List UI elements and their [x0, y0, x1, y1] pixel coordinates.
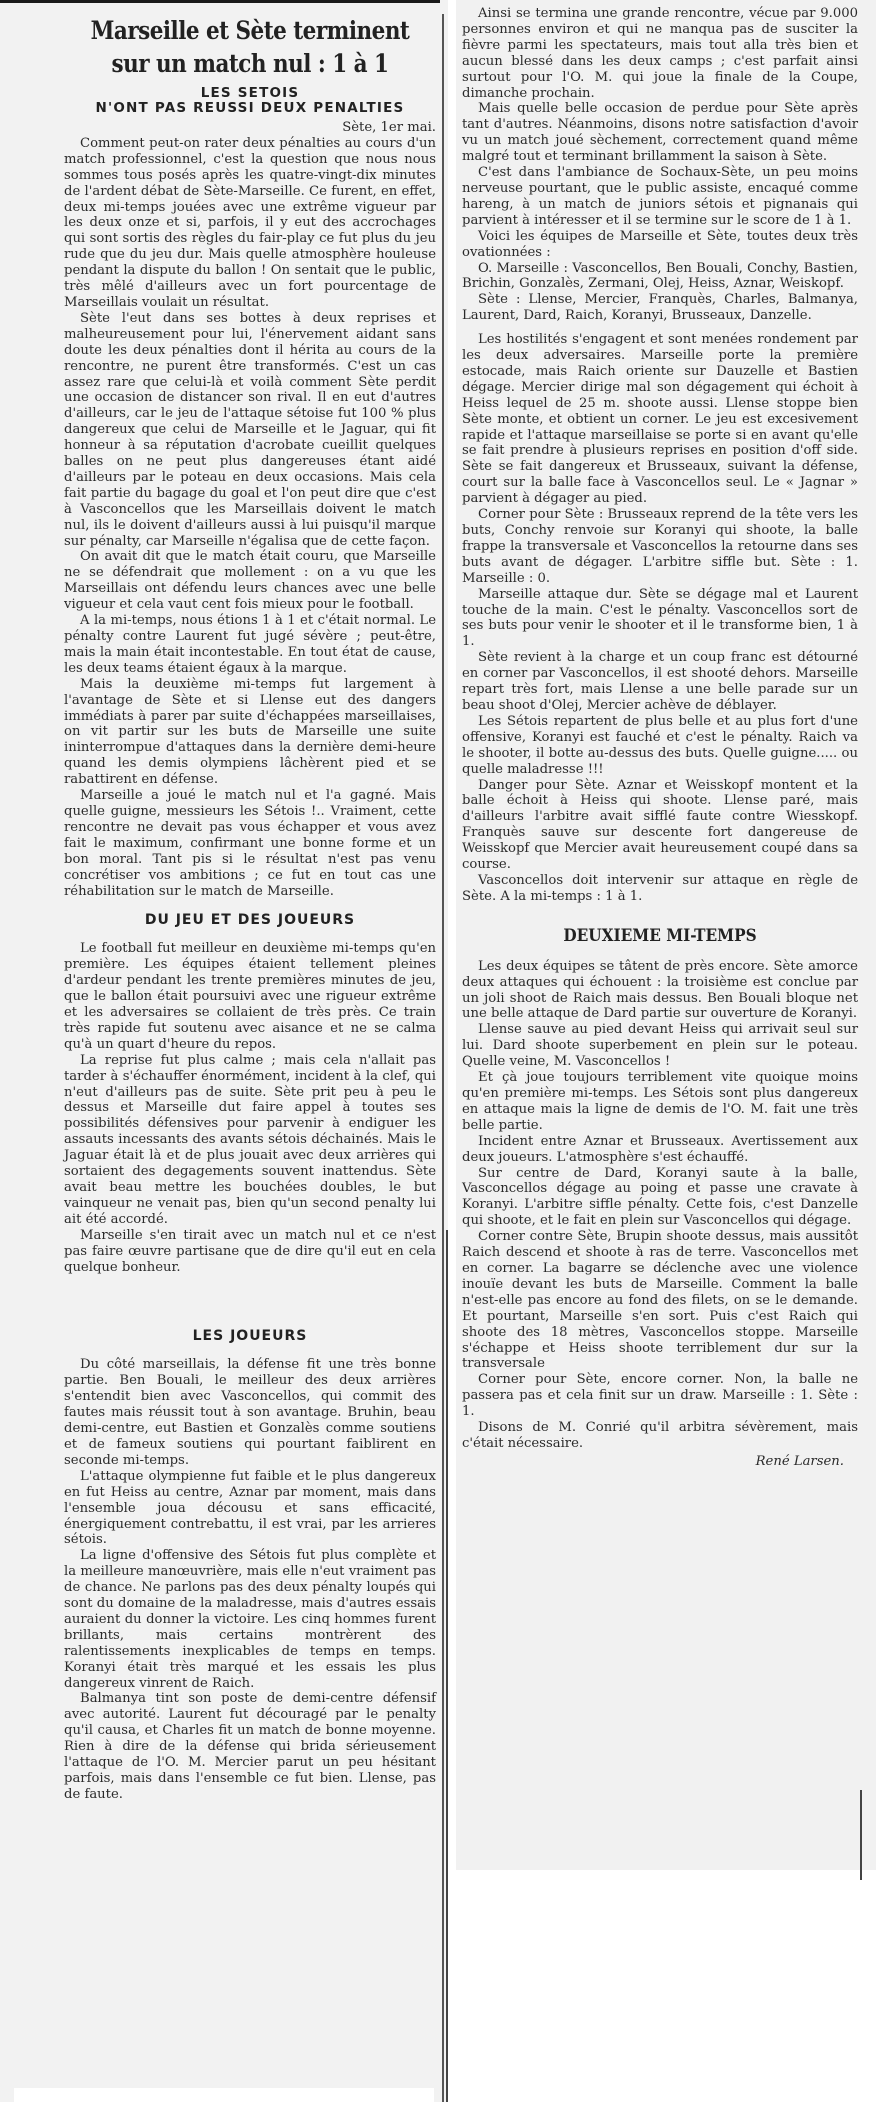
- paragraph: Sète revient à la charge et un coup fran…: [462, 650, 858, 714]
- left-column: Marseille et Sète terminent sur un match…: [64, 0, 436, 1803]
- headline: Marseille et Sète terminent sur un match…: [90, 14, 410, 80]
- paragraph: Les deux équipes se tâtent de près encor…: [462, 959, 858, 1023]
- paragraph: On avait dit que le match était couru, q…: [64, 549, 436, 613]
- headline-line-1: Marseille et Sète terminent: [90, 14, 410, 47]
- section-joueurs: Du côté marseillais, la défense fit une …: [64, 1357, 436, 1802]
- section-title-jeu: DU JEU ET DES JOUEURS: [64, 911, 436, 929]
- paragraph: Sur centre de Dard, Koranyi saute à la b…: [462, 1166, 858, 1230]
- spacer: [64, 1275, 436, 1315]
- section-jeu: Le football fut meilleur en deuxième mi-…: [64, 941, 436, 1275]
- section-title-deuxieme: DEUXIEME MI-TEMPS: [482, 925, 838, 947]
- paragraph: A la mi-temps, nous étions 1 à 1 et c'ét…: [64, 613, 436, 677]
- paragraph: Ainsi se termina une grande rencontre, v…: [462, 6, 858, 101]
- paragraph: Balmanya tint son poste de demi-centre d…: [64, 1691, 436, 1802]
- first-half-section: Les hostilités s'engagent et sont menées…: [462, 332, 858, 905]
- paragraph: Incident entre Aznar et Brusseaux. Avert…: [462, 1134, 858, 1166]
- paragraph: Disons de M. Conrié qu'il arbitra sévère…: [462, 1420, 858, 1452]
- spacer: [462, 324, 858, 332]
- dateline: Sète, 1er mai.: [64, 120, 436, 136]
- box-rule: [860, 1790, 862, 1880]
- second-half-section: Les deux équipes se tâtent de près encor…: [462, 959, 858, 1452]
- paragraph: Marseille a joué le match nul et l'a gag…: [64, 788, 436, 899]
- paragraph: Du côté marseillais, la défense fit une …: [64, 1357, 436, 1468]
- paragraph: L'attaque olympienne fut faible et le pl…: [64, 1469, 436, 1549]
- paragraph: Comment peut-on rater deux pénalties au …: [64, 136, 436, 311]
- paragraph: Les Sétois repartent de plus belle et au…: [462, 714, 858, 778]
- intro-section: Comment peut-on rater deux pénalties au …: [64, 136, 436, 900]
- paragraph: Et çà joue toujours terriblement vite qu…: [462, 1070, 858, 1134]
- paragraph: Marseille s'en tirait avec un match nul …: [64, 1228, 436, 1276]
- subheadline: LES SETOIS N'ONT PAS REUSSI DEUX PENALTI…: [64, 86, 436, 116]
- paragraph: Danger pour Sète. Aznar et Weisskopf mon…: [462, 778, 858, 873]
- paragraph: Marseille attaque dur. Sète se dégage ma…: [462, 587, 858, 651]
- paragraph: Sète l'eut dans ses bottes à deux repris…: [64, 311, 436, 550]
- paragraph: Corner pour Sète, encore corner. Non, la…: [462, 1372, 858, 1420]
- paragraph: Les hostilités s'engagent et sont menées…: [462, 332, 858, 507]
- lineup-sete: Sète : Llense, Mercier, Franquès, Charle…: [462, 292, 858, 324]
- byline: René Larsen.: [462, 1454, 858, 1470]
- subhead-line-2: N'ONT PAS REUSSI DEUX PENALTIES: [64, 101, 436, 116]
- paragraph: Voici les équipes de Marseille et Sète, …: [462, 229, 858, 261]
- paragraph: Corner pour Sète : Brusseaux reprend de …: [462, 507, 858, 587]
- headline-line-2: sur un match nul : 1 à 1: [90, 47, 410, 80]
- right-column: Ainsi se termina une grande rencontre, v…: [462, 0, 858, 1470]
- paragraph: La ligne d'offensive des Sétois fut plus…: [64, 1548, 436, 1691]
- paragraph: Mais la deuxième mi-temps fut largement …: [64, 677, 436, 788]
- paragraph: Corner contre Sète, Brupin shoote dessus…: [462, 1229, 858, 1372]
- column-divider: [442, 14, 444, 2102]
- lineup-marseille: O. Marseille : Vasconcellos, Ben Bouali,…: [462, 261, 858, 293]
- subhead-line-1: LES SETOIS: [64, 86, 436, 101]
- paragraph: Mais quelle belle occasion de perdue pou…: [462, 101, 858, 165]
- section-title-joueurs: LES JOUEURS: [64, 1327, 436, 1345]
- paragraph: C'est dans l'ambiance de Sochaux-Sète, u…: [462, 165, 858, 229]
- right-intro-section: Ainsi se termina une grande rencontre, v…: [462, 6, 858, 261]
- team-lineups: O. Marseille : Vasconcellos, Ben Bouali,…: [462, 261, 858, 325]
- paragraph: Le football fut meilleur en deuxième mi-…: [64, 941, 436, 1052]
- page-margin: [14, 2088, 434, 2102]
- paragraph: Vasconcellos doit intervenir sur attaque…: [462, 873, 858, 905]
- paragraph: La reprise fut plus calme ; mais cela n'…: [64, 1053, 436, 1228]
- column-divider-lower: [446, 1230, 448, 2102]
- paragraph: Llense sauve au pied devant Heiss qui ar…: [462, 1022, 858, 1070]
